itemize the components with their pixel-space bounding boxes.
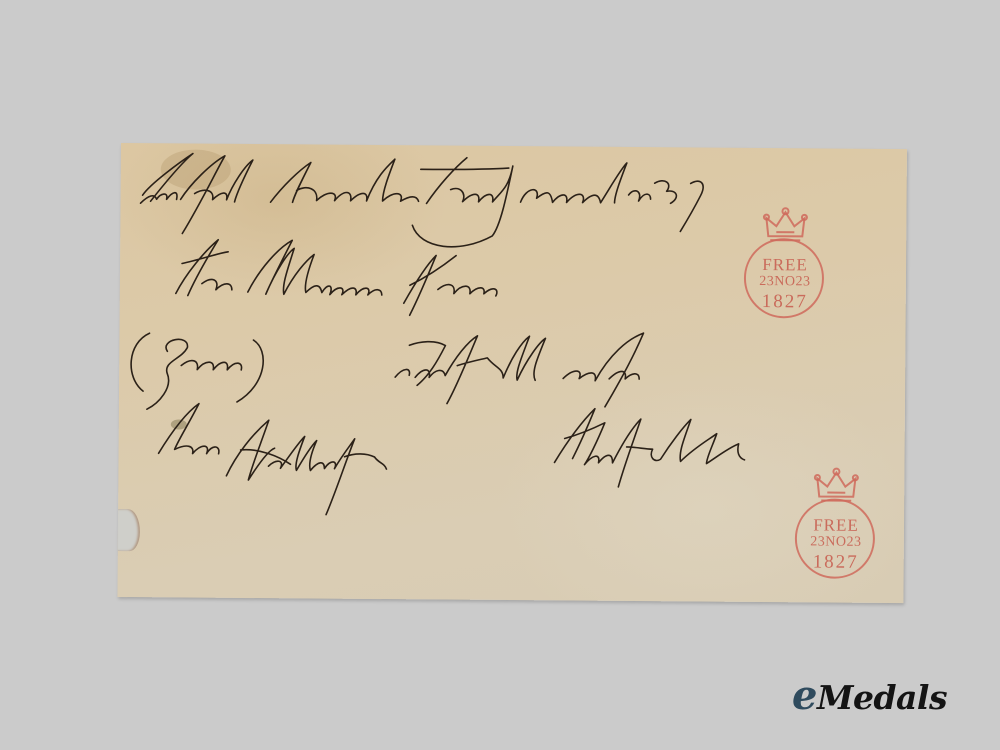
postmark-date: 23NO23 [793, 535, 879, 550]
postmark-year: 1827 [793, 552, 879, 572]
postmark-free-label: FREE [742, 256, 828, 274]
photo: Hatfield November twenty second 1827 The… [0, 0, 1000, 750]
postmark-year: 1827 [742, 292, 828, 312]
logo-prefix: e [792, 672, 817, 719]
logo-name: Medals [817, 678, 947, 717]
emedals-watermark-logo: eMedals [792, 676, 947, 716]
free-postmark: FREE 23NO23 1827 [793, 466, 880, 585]
free-postmark: FREE 23NO23 1827 [742, 206, 829, 325]
postmark-date: 23NO23 [742, 275, 828, 290]
postmark-free-label: FREE [793, 516, 879, 534]
envelope-paper: Hatfield November twenty second 1827 The… [117, 143, 907, 603]
